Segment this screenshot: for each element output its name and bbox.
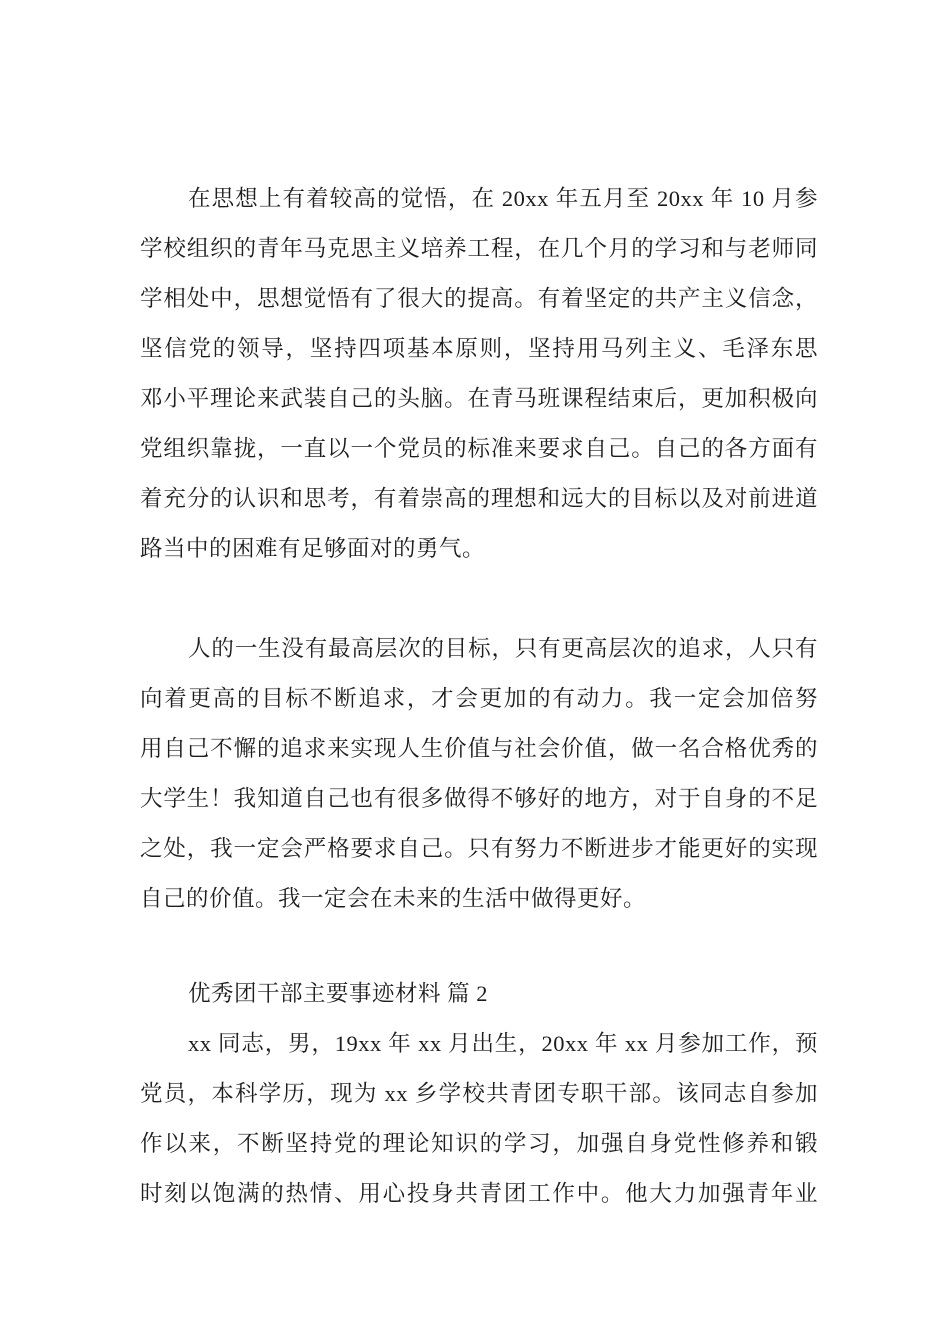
- text-line: 时刻以饱满的热情、用心投身共青团工作中。他大力加强青年业务、: [140, 1169, 818, 1219]
- text-line: 党组织靠拢，一直以一个党员的标准来要求自己。自己的各方面有: [140, 424, 818, 474]
- paragraph-pursuit: 人的一生没有最高层次的目标，只有更高层次的追求，人只有向着更高的目标不断追求，才…: [140, 624, 818, 924]
- text-line: 坚信党的领导，坚持四项基本原则，坚持用马列主义、毛泽东思想、: [140, 324, 818, 374]
- document-page: 在思想上有着较高的觉悟，在 20xx 年五月至 20xx 年 10 月参加学校组…: [0, 0, 950, 1344]
- document-text-area: 在思想上有着较高的觉悟，在 20xx 年五月至 20xx 年 10 月参加学校组…: [140, 174, 818, 1269]
- text-line: 路当中的困难有足够面对的勇气。: [140, 524, 818, 574]
- heading-line: 优秀团干部主要事迹材料 篇 2: [140, 969, 818, 1019]
- text-line: 学相处中，思想觉悟有了很大的提高。有着坚定的共产主义信念，: [140, 274, 818, 324]
- text-line: 向着更高的目标不断追求，才会更加的有动力。我一定会加倍努力，: [140, 674, 818, 724]
- text-line: 自己的价值。我一定会在未来的生活中做得更好。: [140, 874, 818, 924]
- text-line: 用自己不懈的追求来实现人生价值与社会价值，做一名合格优秀的: [140, 724, 818, 774]
- text-line: 着充分的认识和思考，有着崇高的理想和远大的目标以及对前进道: [140, 474, 818, 524]
- text-line: 人的一生没有最高层次的目标，只有更高层次的追求，人只有: [140, 624, 818, 674]
- paragraph-ideology: 在思想上有着较高的觉悟，在 20xx 年五月至 20xx 年 10 月参加学校组…: [140, 174, 818, 574]
- paragraph-comrade-intro: xx 同志，男，19xx 年 xx 月出生，20xx 年 xx 月参加工作，预备…: [140, 1019, 818, 1219]
- section-heading-part2: 优秀团干部主要事迹材料 篇 2: [140, 969, 818, 1019]
- text-line: 作以来，不断坚持党的理论知识的学习，加强自身党性修养和锻炼，: [140, 1119, 818, 1169]
- text-line: 在思想上有着较高的觉悟，在 20xx 年五月至 20xx 年 10 月参加: [140, 174, 818, 224]
- text-line: 之处，我一定会严格要求自己。只有努力不断进步才能更好的实现: [140, 824, 818, 874]
- text-line: xx 同志，男，19xx 年 xx 月出生，20xx 年 xx 月参加工作，预备: [140, 1019, 818, 1069]
- text-line: 大学生！我知道自己也有很多做得不够好的地方，对于自身的不足: [140, 774, 818, 824]
- text-line: 邓小平理论来武装自己的头脑。在青马班课程结束后，更加积极向: [140, 374, 818, 424]
- text-line: 党员，本科学历，现为 xx 乡学校共青团专职干部。该同志自参加工: [140, 1069, 818, 1119]
- text-line: 学校组织的青年马克思主义培养工程，在几个月的学习和与老师同: [140, 224, 818, 274]
